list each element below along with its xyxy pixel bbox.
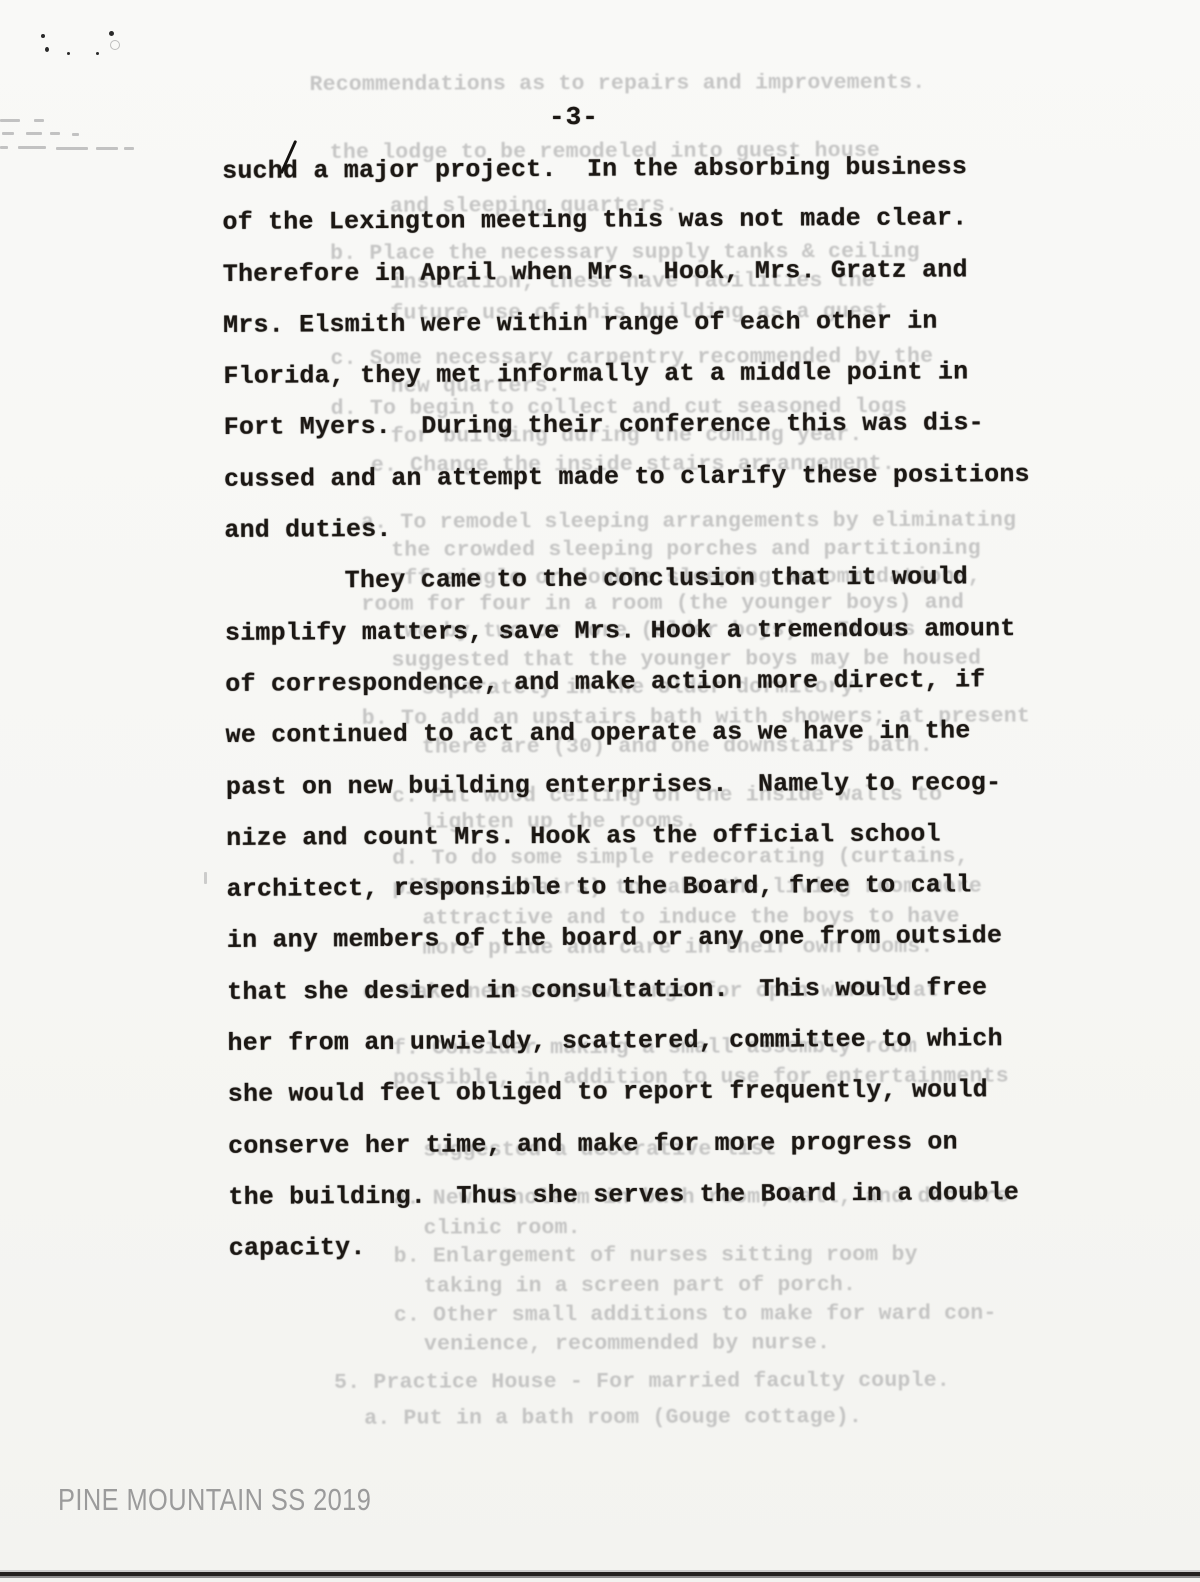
watermark: PINE MOUNTAIN SS 2019 (58, 1482, 371, 1518)
scan-dash (34, 119, 44, 122)
bleedthrough-line: venience, recommended by nurse. (424, 1331, 830, 1356)
text-line: simplify matters, save Mrs. Hook a treme… (225, 603, 1055, 659)
text-line: of the Lexington meeting this was not ma… (222, 192, 1052, 248)
scan-speck (204, 872, 207, 884)
text-line: nize and count Mrs. Hook as the official… (226, 808, 1056, 864)
scan-speck (45, 47, 49, 52)
text-line: and duties. (224, 500, 1054, 556)
text-line: architect, responsible to the Board, fre… (226, 859, 1056, 915)
text-line: that she desired in consultation. This w… (227, 962, 1057, 1018)
text-line: Fort Myers. During their conference this… (224, 397, 1054, 453)
scanned-document-page: Recommendations as to repairs and improv… (0, 0, 1200, 1582)
scan-speck (67, 52, 70, 55)
scan-dash (50, 132, 60, 135)
scan-dash (124, 147, 134, 150)
scan-dash (72, 133, 79, 136)
text-line: past on new building enterprises. Namely… (226, 756, 1056, 812)
text-line: the building. Thus she serves the Board … (228, 1167, 1058, 1223)
scan-dash (26, 132, 42, 135)
text-line: conserve her time, and make for more pro… (228, 1116, 1058, 1172)
scan-speck (41, 34, 45, 38)
bleedthrough-line: 5. Practice House - For married faculty … (334, 1369, 950, 1395)
scan-edge-line (0, 1570, 1200, 1578)
text-line: of correspondence, and make action more … (225, 654, 1055, 710)
scan-dash (56, 147, 88, 150)
scan-dash (96, 147, 118, 150)
document-body: suchd a major project. In the absorbing … (222, 141, 1059, 1275)
scan-speck (96, 52, 99, 55)
text-line: we continued to act and operate as we ha… (225, 705, 1055, 761)
bleedthrough-line: a. Put in a bath room (Gouge cottage). (364, 1405, 862, 1431)
page-number: -3- (549, 102, 599, 132)
text-line: cussed and an attempt made to clarify th… (224, 449, 1054, 505)
bleedthrough-line: taking in a screen part of porch. (424, 1273, 856, 1299)
scan-speck (109, 31, 114, 36)
scan-dash (0, 119, 20, 122)
text-line: capacity. (229, 1218, 1059, 1274)
text-line: her from an unwieldy, scattered, committ… (227, 1013, 1057, 1069)
scan-dash (0, 146, 8, 149)
text-line: Mrs. Elsmith were within range of each o… (223, 295, 1053, 351)
text-line: suchd a major project. In the absorbing … (222, 141, 1052, 197)
scan-speck (110, 40, 120, 50)
text-line: she would feel obliged to report frequen… (228, 1064, 1058, 1120)
scan-dash (2, 132, 14, 135)
text-line: in any members of the board or any one f… (227, 910, 1057, 966)
bleedthrough-line: Recommendations as to repairs and improv… (309, 71, 925, 97)
scan-dash (18, 146, 46, 149)
text-line: They came to the conclusion that it woul… (225, 551, 1055, 607)
text-line: Florida, they met informally at a middle… (223, 346, 1053, 402)
text-line: Therefore in April when Mrs. Hook, Mrs. … (223, 244, 1053, 300)
bleedthrough-line: c. Other small additions to make for war… (394, 1302, 997, 1328)
